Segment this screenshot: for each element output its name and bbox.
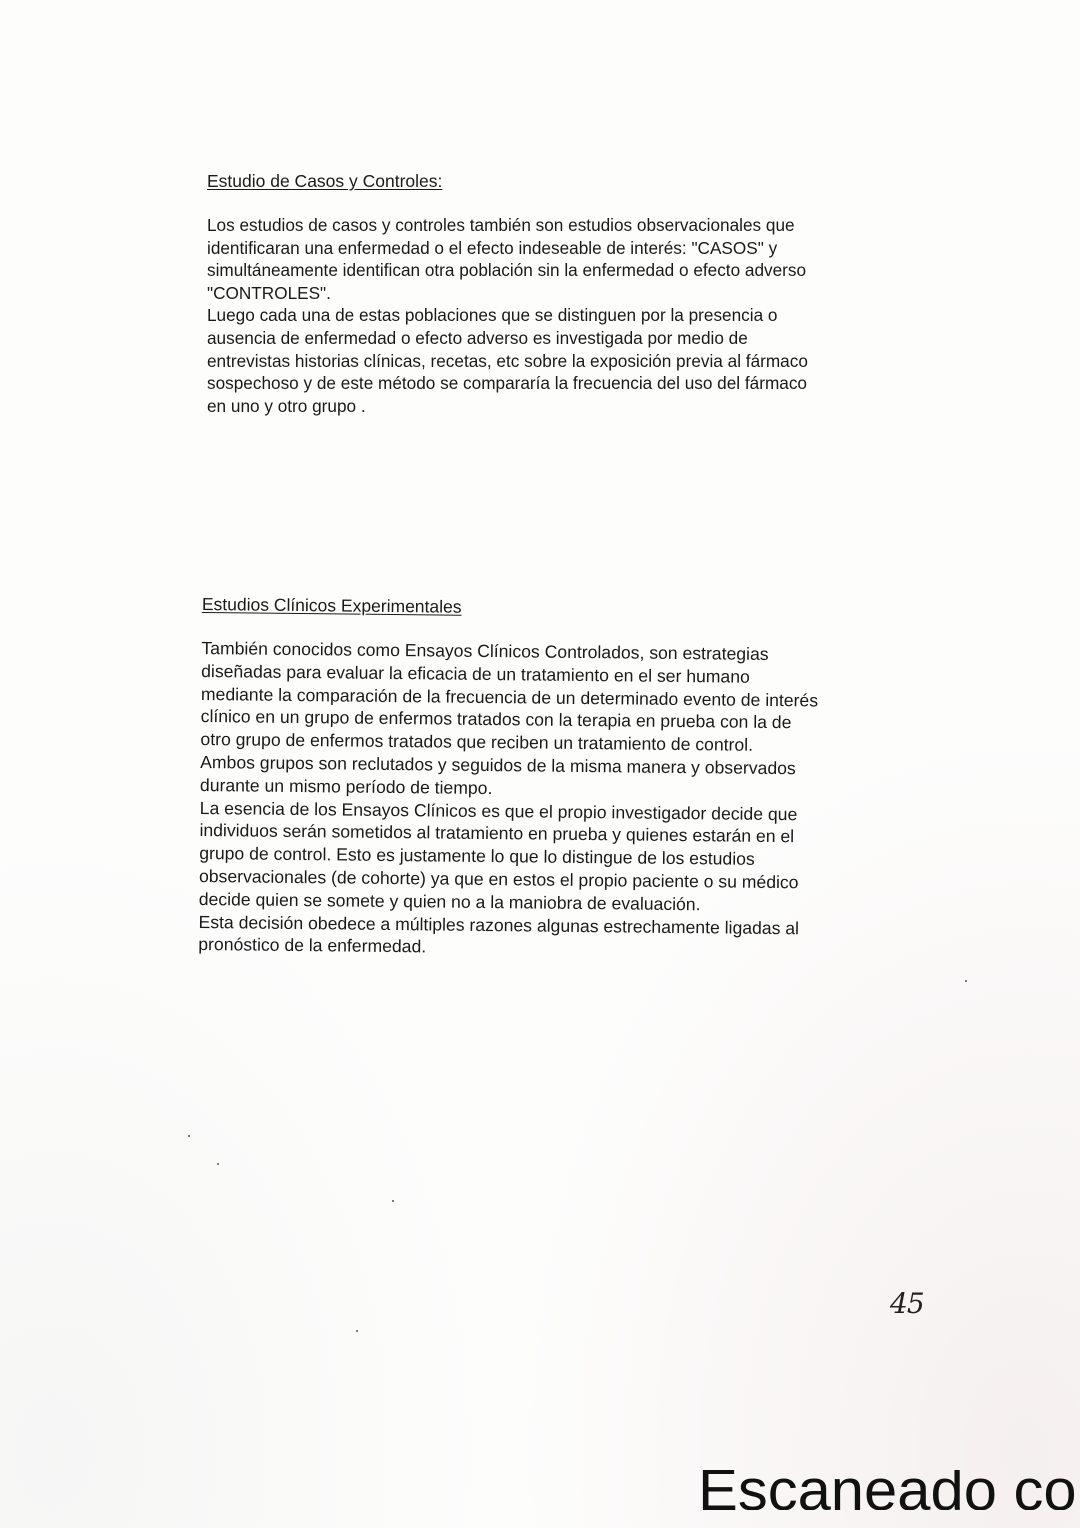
scan-speck: [965, 980, 967, 982]
handwritten-page-number: 45: [890, 1287, 924, 1320]
scan-speck: [188, 1135, 190, 1137]
scan-speck: [392, 1200, 394, 1202]
scanner-watermark: Escaneado con CamScanner: [698, 1470, 1080, 1510]
section-heading: Estudio de Casos y Controles:: [207, 170, 907, 192]
text-line: "CONTROLES".: [207, 282, 907, 305]
section-heading: Estudios Clínicos Experimentales: [202, 593, 902, 622]
scanned-page: Estudio de Casos y Controles: Los estudi…: [0, 0, 1080, 1528]
section-casos-controles: Estudio de Casos y Controles: Los estudi…: [207, 170, 907, 417]
text-line: entrevistas historias clínicas, recetas,…: [207, 350, 907, 373]
text-line: sospechoso y de este método se compararí…: [207, 372, 907, 395]
watermark-text: Escaneado con CamScanner: [698, 1470, 1080, 1510]
scan-speck: [217, 1163, 219, 1165]
scan-speck: [356, 1330, 358, 1332]
section-estudios-clinicos: Estudios Clínicos Experimentales También…: [198, 593, 902, 963]
text-line: Los estudios de casos y controles tambié…: [207, 214, 907, 237]
text-line: identificaran una enfermedad o el efecto…: [207, 237, 907, 260]
text-line: simultáneamente identifican otra poblaci…: [207, 259, 907, 282]
text-line: Luego cada una de estas poblaciones que …: [207, 304, 907, 327]
text-line: ausencia de enfermedad o efecto adverso …: [207, 327, 907, 350]
text-line: en uno y otro grupo .: [207, 395, 907, 418]
section-body: Los estudios de casos y controles tambié…: [207, 214, 907, 417]
section-body: También conocidos como Ensayos Clínicos …: [198, 637, 901, 963]
